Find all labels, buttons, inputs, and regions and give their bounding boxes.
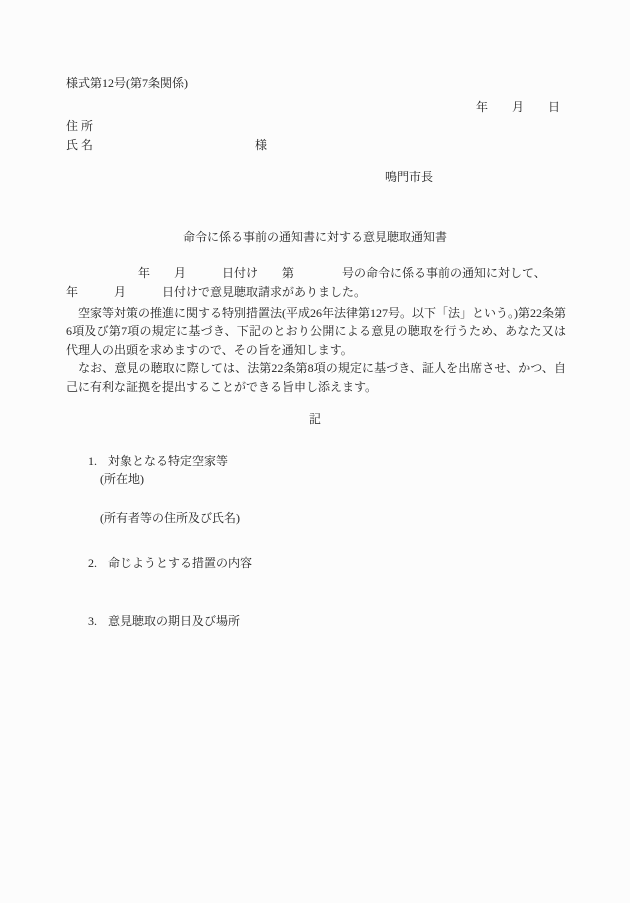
item-1-label: 対象となる特定空家等 <box>108 454 228 468</box>
item-1-location-label: (所在地) <box>100 472 144 486</box>
item-1-owner-label: (所有者等の住所及び氏名) <box>100 511 240 525</box>
item-3-number: 3. <box>88 614 108 628</box>
date-line: 年 月 日 <box>476 100 560 114</box>
date-reference-line-2: 年 月 日付けで意見聴取請求がありました。 <box>66 285 366 299</box>
body-paragraph-1: 空家等対策の推進に関する特別措置法(平成26年法律第127号。以下「法」という。… <box>66 304 566 359</box>
body-text: 空家等対策の推進に関する特別措置法(平成26年法律第127号。以下「法」という。… <box>66 304 566 396</box>
record-heading: 記 <box>0 412 630 426</box>
recipient-honorific: 様 <box>255 138 267 152</box>
mayor-signature: 鳴門市長 <box>385 170 433 184</box>
document-title: 命令に係る事前の通知書に対する意見聴取通知書 <box>0 230 630 244</box>
item-3-label: 意見聴取の期日及び場所 <box>108 614 240 628</box>
item-1-number: 1. <box>88 454 108 468</box>
form-number: 様式第12号(第7条関係) <box>66 76 188 90</box>
item-1: 1.対象となる特定空家等 <box>88 454 228 468</box>
address-label: 住 所 <box>66 119 93 133</box>
item-2: 2.命じようとする措置の内容 <box>88 556 252 570</box>
name-label: 氏 名 <box>66 138 93 152</box>
date-reference-line-1: 年 月 日付け 第 号の命令に係る事前の通知に対して、 <box>66 266 546 280</box>
document-page: 様式第12号(第7条関係) 年 月 日 住 所 氏 名 様 鳴門市長 命令に係る… <box>0 0 630 903</box>
item-3: 3.意見聴取の期日及び場所 <box>88 614 240 628</box>
item-2-number: 2. <box>88 556 108 570</box>
body-paragraph-2: なお、意見の聴取に際しては、法第22条第8項の規定に基づき、証人を出席させ、かつ… <box>66 359 566 396</box>
item-2-label: 命じようとする措置の内容 <box>108 556 252 570</box>
